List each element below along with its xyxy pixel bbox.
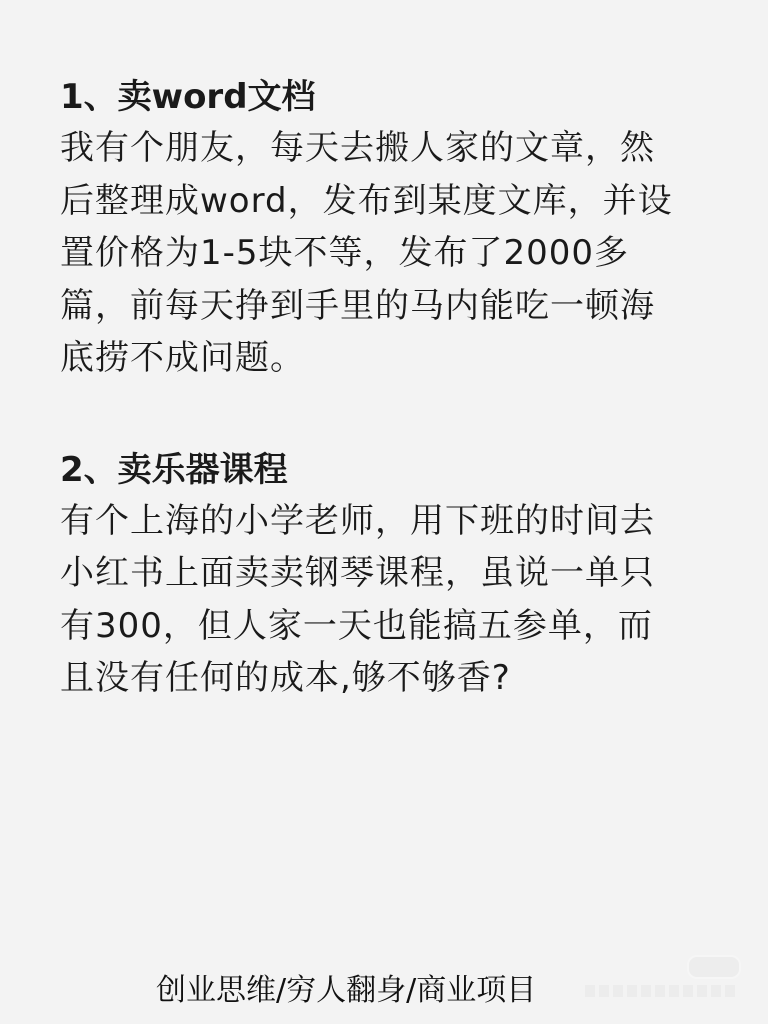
section-title: 1、卖word文档	[60, 72, 720, 122]
watermark	[585, 955, 745, 1005]
section-body: 有个上海的小学老师，用下班的时间去 小红书上面卖卖钢琴课程，虽说一单只 有300…	[60, 495, 720, 705]
section-title: 2、卖乐器课程	[60, 445, 720, 495]
section-sell-music-courses: 2、卖乐器课程 有个上海的小学老师，用下班的时间去 小红书上面卖卖钢琴课程，虽说…	[60, 445, 720, 705]
app-logo-icon	[687, 955, 741, 979]
body-line: 有个上海的小学老师，用下班的时间去	[60, 495, 720, 548]
section-body: 我有个朋友，每天去搬人家的文章，然 后整理成word，发布到某度文库，并设 置价…	[60, 122, 720, 385]
article-content: 1、卖word文档 我有个朋友，每天去搬人家的文章，然 后整理成word，发布到…	[60, 72, 720, 705]
body-line: 后整理成word，发布到某度文库，并设	[60, 175, 720, 228]
section-sell-word-docs: 1、卖word文档 我有个朋友，每天去搬人家的文章，然 后整理成word，发布到…	[60, 72, 720, 385]
body-line: 底捞不成问题。	[60, 332, 720, 385]
body-line: 有300，但人家一天也能搞五参单，而	[60, 600, 720, 653]
body-line: 置价格为1-5块不等，发布了2000多	[60, 227, 720, 280]
watermark-id	[585, 985, 735, 997]
body-line: 我有个朋友，每天去搬人家的文章，然	[60, 122, 720, 175]
body-line: 篇，前每天挣到手里的马内能吃一顿海	[60, 280, 720, 333]
body-line: 小红书上面卖卖钢琴课程，虽说一单只	[60, 547, 720, 600]
body-line: 且没有任何的成本,够不够香?	[60, 652, 720, 705]
footer-tags: 创业思维/穷人翻身/商业项目	[156, 966, 536, 1016]
